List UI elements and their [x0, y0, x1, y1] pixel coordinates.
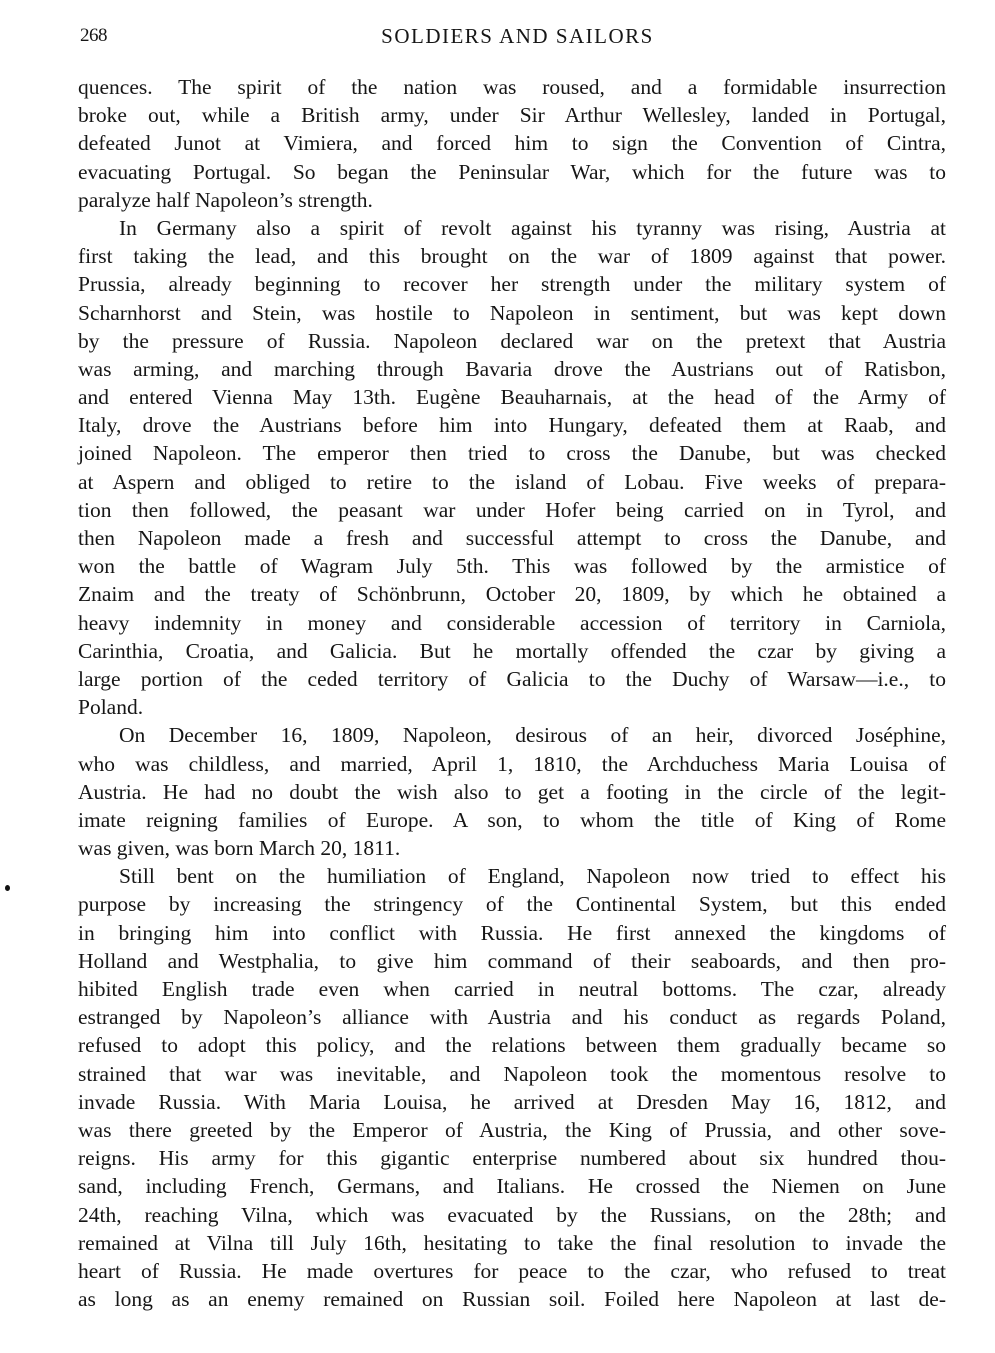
text-line: Carinthia, Croatia, and Galicia. But he …	[78, 637, 946, 665]
body-text: quences. The spirit of the nation was ro…	[78, 73, 946, 1313]
text-line: On December 16, 1809, Napoleon, desirous…	[78, 721, 946, 749]
text-line: heart of Russia. He made overtures for p…	[78, 1257, 946, 1285]
text-line: who was childless, and married, April 1,…	[78, 750, 946, 778]
text-line: was there greeted by the Emperor of Aust…	[78, 1116, 946, 1144]
text-line: paralyze half Napoleon’s strength.	[78, 186, 946, 214]
text-line: as long as an enemy remained on Russian …	[78, 1285, 946, 1313]
text-line: imate reigning families of Europe. A son…	[78, 806, 946, 834]
text-line: sand, including French, Germans, and Ita…	[78, 1172, 946, 1200]
text-line: defeated Junot at Vimiera, and forced hi…	[78, 129, 946, 157]
text-line: In Germany also a spirit of revolt again…	[78, 214, 946, 242]
text-line: 24th, reaching Vilna, which was evacuate…	[78, 1201, 946, 1229]
text-line: Austria. He had no doubt the wish also t…	[78, 778, 946, 806]
text-line: refused to adopt this policy, and the re…	[78, 1031, 946, 1059]
text-line: at Aspern and obliged to retire to the i…	[78, 468, 946, 496]
paragraph: In Germany also a spirit of revolt again…	[78, 214, 946, 721]
text-line: evacuating Portugal. So began the Penins…	[78, 158, 946, 186]
text-line: estranged by Napoleon’s alliance with Au…	[78, 1003, 946, 1031]
text-line: Poland.	[78, 693, 946, 721]
text-line: first taking the lead, and this brought …	[78, 242, 946, 270]
text-line: Scharnhorst and Stein, was hostile to Na…	[78, 299, 946, 327]
text-line: Holland and Westphalia, to give him comm…	[78, 947, 946, 975]
text-line: and entered Vienna May 13th. Eugène Beau…	[78, 383, 946, 411]
text-line: in bringing him into conflict with Russi…	[78, 919, 946, 947]
page-header: 268 SOLDIERS AND SAILORS	[80, 22, 945, 52]
text-line: purpose by increasing the stringency of …	[78, 890, 946, 918]
text-line: Italy, drove the Austrians before him in…	[78, 411, 946, 439]
text-line: hibited English trade even when carried …	[78, 975, 946, 1003]
paragraph: quences. The spirit of the nation was ro…	[78, 73, 946, 214]
margin-dot-mark	[5, 885, 10, 891]
text-line: Znaim and the treaty of Schönbrunn, Octo…	[78, 580, 946, 608]
text-line: heavy indemnity in money and considerabl…	[78, 609, 946, 637]
text-line: reigns. His army for this gigantic enter…	[78, 1144, 946, 1172]
text-line: strained that war was inevitable, and Na…	[78, 1060, 946, 1088]
text-line: tion then followed, the peasant war unde…	[78, 496, 946, 524]
text-line: then Napoleon made a fresh and successfu…	[78, 524, 946, 552]
text-line: was given, was born March 20, 1811.	[78, 834, 946, 862]
text-line: was arming, and marching through Bavaria…	[78, 355, 946, 383]
paragraph: Still bent on the humiliation of England…	[78, 862, 946, 1313]
text-line: by the pressure of Russia. Napoleon decl…	[78, 327, 946, 355]
text-line: joined Napoleon. The emperor then tried …	[78, 439, 946, 467]
text-line: broke out, while a British army, under S…	[78, 101, 946, 129]
text-line: quences. The spirit of the nation was ro…	[78, 73, 946, 101]
text-line: won the battle of Wagram July 5th. This …	[78, 552, 946, 580]
text-line: Still bent on the humiliation of England…	[78, 862, 946, 890]
text-line: Prussia, already beginning to recover he…	[78, 270, 946, 298]
text-line: remained at Vilna till July 16th, hesita…	[78, 1229, 946, 1257]
text-line: invade Russia. With Maria Louisa, he arr…	[78, 1088, 946, 1116]
running-head: SOLDIERS AND SAILORS	[80, 24, 945, 49]
paragraph: On December 16, 1809, Napoleon, desirous…	[78, 721, 946, 862]
text-line: large portion of the ceded territory of …	[78, 665, 946, 693]
